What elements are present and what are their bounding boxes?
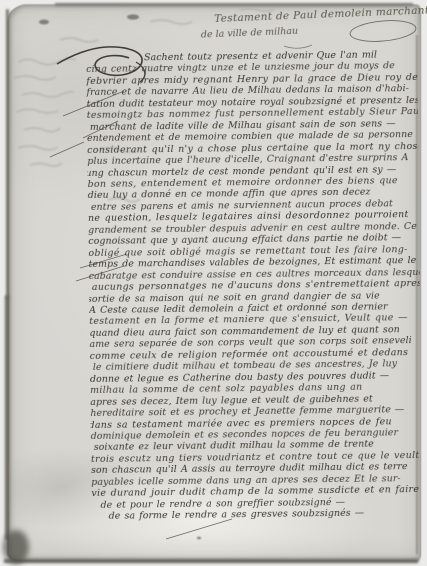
scanned-page: Testament de Paul demolein marchant de l… — [0, 0, 427, 566]
manuscript-body: Sachent toutz presentz et advenir Que l'… — [86, 49, 423, 530]
manuscript-line: de sa forme le rendre a ses gresves soub… — [109, 507, 423, 522]
